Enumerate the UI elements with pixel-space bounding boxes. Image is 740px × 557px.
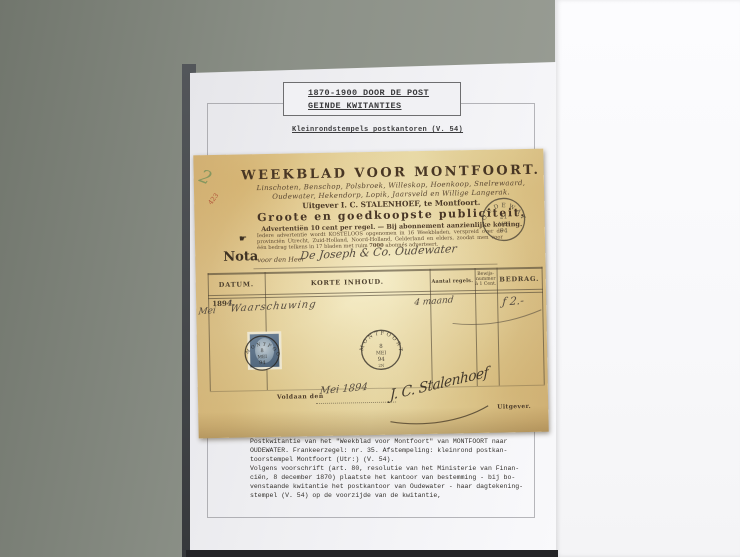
col-header-aantal: Aantal regels.	[430, 278, 475, 285]
page-bottom-shadow	[186, 550, 558, 557]
exhibit-subtitle: Kleinrondstempels postkantoren (V. 54)	[292, 126, 463, 134]
photo-of-album-page: { "album": { "title_box": { "line1": "18…	[0, 0, 740, 557]
caption-line: OUDEWATER. Frankeerzegel: nr. 35. Afstem…	[250, 446, 540, 455]
oudewater-year: 94	[500, 227, 508, 234]
table-vline-left	[208, 273, 211, 391]
caption-line: venstaande kwitantie het postkantoor van…	[250, 482, 540, 491]
stacked-sheets-right	[555, 0, 740, 557]
caption-line: Volgens voorschrift (art. 80, resolutie …	[250, 464, 540, 473]
svg-text:8: 8	[379, 344, 383, 350]
album-page: 1870-1900 DOOR DE POST GEINDE KWITANTIES…	[190, 62, 556, 550]
caption-line: Postkwitantie van het "Weekblad voor Mon…	[250, 437, 540, 446]
bedrag-flourish-line	[451, 307, 543, 329]
exhibit-title-box: 1870-1900 DOOR DE POST GEINDE KWITANTIES	[283, 82, 461, 116]
svg-text:8: 8	[260, 348, 263, 354]
voldaan-date-handwriting: Mei 1894	[319, 382, 368, 397]
caption-text: Postkwitantie van het "Weekblad voor Mon…	[250, 437, 540, 500]
exhibit-title-line1: 1870-1900 DOOR DE POST	[308, 87, 460, 100]
caption-line: stempel (V. 54) op de voorzijde van de k…	[250, 491, 540, 500]
montfoort-code: 2N	[378, 363, 385, 368]
signature-flourish	[388, 402, 492, 426]
uitgever-label: Uitgever.	[497, 403, 531, 411]
red-pencil-notation: 423	[206, 192, 220, 207]
svg-text:MEI: MEI	[376, 350, 387, 356]
pointing-hand-icon: ☛	[239, 234, 247, 244]
green-pencil-notation: 2	[196, 166, 214, 190]
oudewater-datestamp: OUDEWATER 21 MEI 94	[475, 191, 532, 248]
oudewater-day: 21	[500, 213, 508, 220]
nota-prefix: voor den Heer	[257, 255, 305, 264]
entry-month-handwriting: Mei	[198, 306, 216, 317]
voldaan-baseline	[316, 402, 396, 405]
voldaan-label: Voldaan den	[277, 393, 324, 401]
nota-label: Nota	[223, 249, 258, 265]
col-header-inhoud: KORTE INHOUD.	[265, 277, 430, 288]
montfoort-cancel-on-stamp: MONTFOORT 8 MEI 94	[239, 330, 286, 377]
col-header-datum: DATUM.	[208, 280, 265, 289]
svg-text:94: 94	[259, 360, 265, 366]
entry-aantal-handwriting: 4 maand	[414, 295, 454, 308]
col-header-bedrag: BEDRAG.	[497, 275, 542, 284]
exhibit-title-line2: GEINDE KWITANTIES	[308, 100, 460, 113]
montfoort-datestamp: MONTFOORT 8 MEI 94 2N	[355, 323, 408, 376]
caption-line: toorstempel Montfoort (Utr:) (V. 54).	[250, 455, 540, 464]
table-vline-2	[430, 269, 433, 387]
col-header-prijs: Bewijs- nummer à 1 Cent.	[475, 272, 497, 287]
caption-line: ciën, 8 december 1870) plaatste het kant…	[250, 473, 540, 482]
table-bottom-rule	[210, 385, 545, 392]
kwitantie-document: 2 423 WEEKBLAD VOOR MONTFOORT. Linschote…	[193, 149, 548, 439]
entry-inhoud-handwriting: Waarschuwing	[229, 299, 317, 315]
